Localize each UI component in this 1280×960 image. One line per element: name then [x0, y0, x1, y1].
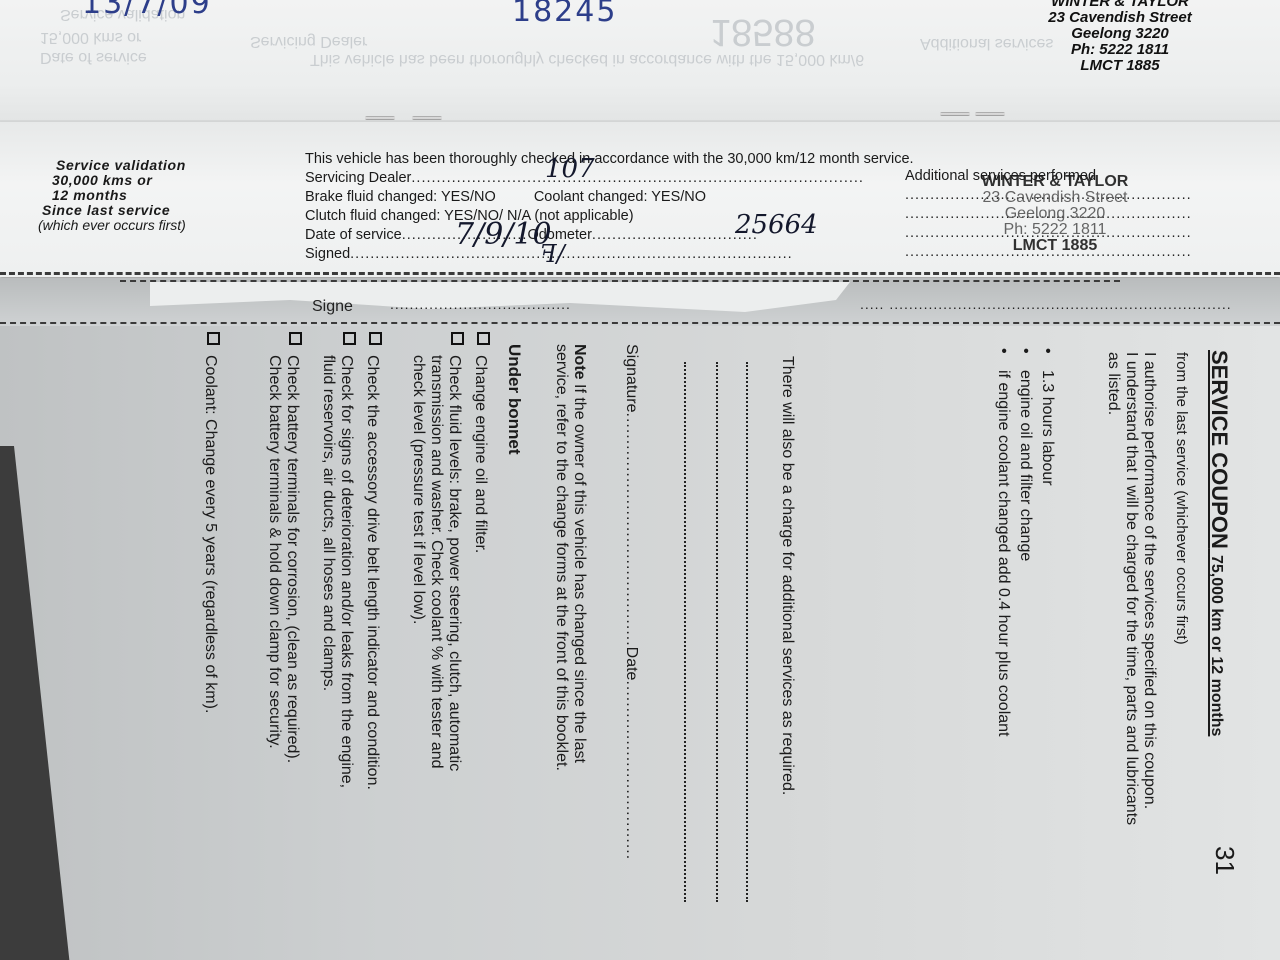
coolant-field[interactable]: Coolant changed: YES/NO	[534, 189, 706, 205]
checklist-item: Check fluid levels: brake, power steerin…	[409, 332, 464, 771]
checkbox[interactable]	[451, 332, 464, 345]
staple-icon	[412, 116, 442, 120]
checkbox[interactable]	[343, 332, 356, 345]
authorisation-text: I authorise performance of the services …	[1104, 352, 1158, 825]
page-number: 31	[1209, 846, 1240, 875]
staple-icon	[940, 112, 970, 116]
list-item: if engine coolant changed add 0.4 hour p…	[992, 348, 1014, 737]
servicing-dealer-field[interactable]: Servicing Dealer........................…	[305, 169, 914, 188]
coupon-title: SERVICE COUPON 75,000 km or 12 months	[1206, 350, 1232, 736]
checklist-item: Check the accessory drive belt length in…	[363, 332, 382, 790]
ghost-text: 15,000 kms or	[40, 28, 141, 46]
section-heading: Under bonnet	[504, 344, 524, 455]
ghost-odometer: 18588	[710, 10, 816, 53]
handwritten-date: 13/7/09	[82, 0, 212, 21]
fluid-change-row: Brake fluid changed: YES/NO Coolant chan…	[305, 188, 914, 207]
coupon-subtitle: from the last service (whichever occurs …	[1173, 352, 1190, 645]
date-odometer-row: Date of service.........................…	[305, 226, 914, 245]
handwritten-signature: ꟻ/	[540, 240, 565, 268]
additional-services-line[interactable]	[684, 362, 686, 902]
validation-statement: This vehicle has been thoroughly checked…	[305, 150, 914, 169]
perforation-line	[0, 272, 1280, 275]
handwritten-odometer-reading: 25664	[735, 210, 818, 240]
list-item: engine oil and filter change	[1014, 348, 1036, 737]
checklist-item: Change engine oil and filter.	[471, 332, 490, 553]
handwritten-odometer: 18245	[512, 0, 617, 29]
torn-signed-label: Signe	[312, 298, 353, 316]
clutch-fluid-field[interactable]: Clutch fluid changed: YES/NO/ N/A (not a…	[305, 207, 914, 226]
torn-coupon-remnant: Signe ..................................…	[0, 278, 1280, 326]
additional-charge-text: There will also be a charge for addition…	[778, 356, 796, 795]
ghost-text: Date of service	[40, 48, 147, 66]
validation-label: Service validation 30,000 kms or 12 mont…	[38, 158, 186, 233]
handwritten-dealer-number: 107	[545, 154, 595, 184]
checklist-item: Coolant: Change every 5 years (regardles…	[201, 332, 220, 713]
brake-fluid-field[interactable]: Brake fluid changed: YES/NO	[305, 189, 496, 205]
charges-list: 1.3 hours labour engine oil and filter c…	[992, 348, 1058, 737]
dealer-stamp: WINTER & TAYLOR 23 Cavendish Street Geel…	[1000, 0, 1240, 74]
ghost-text: Servicing Dealer	[250, 32, 367, 50]
signed-field[interactable]: Signed..................................…	[305, 245, 914, 264]
checkbox[interactable]	[477, 332, 490, 345]
previous-coupon-page: Service validation 15,000 kms or Date of…	[0, 0, 1280, 120]
dealer-stamp: WINTER & TAYLOR 23 Cavendish Street Geel…	[915, 174, 1195, 254]
handwritten-service-date: 7/9/10	[455, 217, 552, 252]
signature-date-field[interactable]: Signature...............................…	[622, 344, 640, 860]
checkbox[interactable]	[289, 332, 302, 345]
checkbox[interactable]	[207, 332, 220, 345]
additional-services-line[interactable]	[716, 362, 718, 902]
service-coupon-page: 31 SERVICE COUPON 75,000 km or 12 months…	[0, 326, 1280, 960]
additional-services-line[interactable]	[746, 362, 748, 902]
checkbox[interactable]	[369, 332, 382, 345]
staple-icon	[365, 116, 395, 120]
perforation-line	[0, 322, 1280, 324]
checklist-item: Check battery terminals for corrosion, (…	[265, 332, 302, 763]
validation-form: This vehicle has been thoroughly checked…	[305, 150, 914, 264]
owner-change-note: Note If the owner of this vehicle has ch…	[552, 344, 588, 771]
staple-icon	[975, 112, 1005, 116]
list-item: 1.3 hours labour	[1036, 348, 1058, 737]
service-validation-section: Service validation 30,000 kms or 12 mont…	[0, 122, 1280, 277]
checklist-item: Check for signs of deterioration and/or …	[319, 332, 356, 788]
